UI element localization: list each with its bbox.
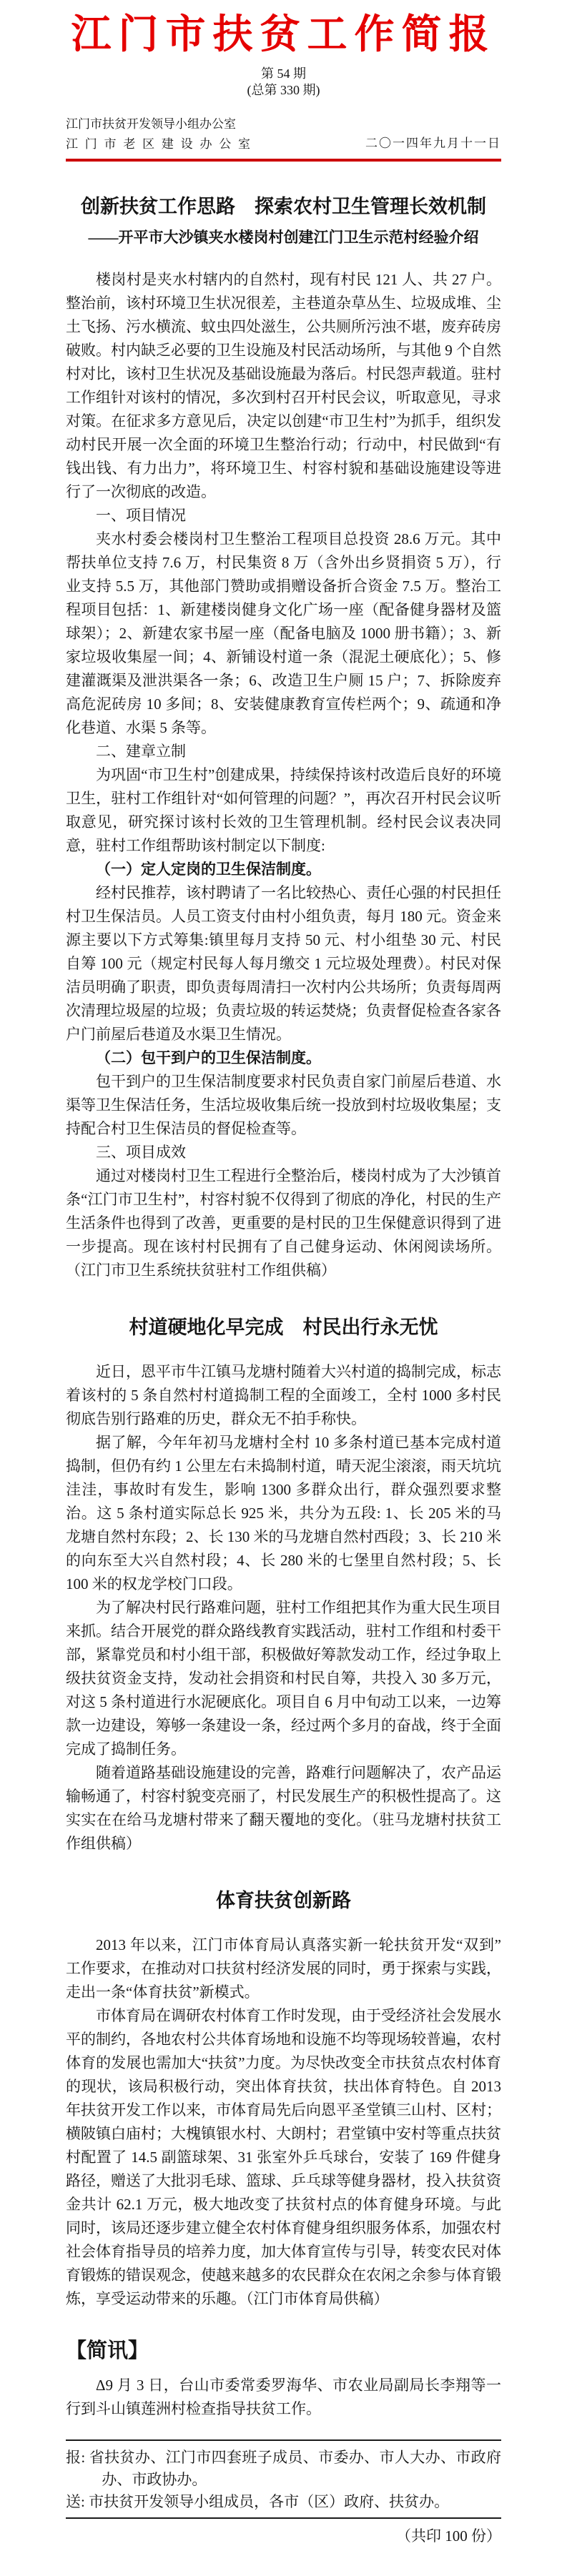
send-label: 送: [66, 2493, 85, 2510]
paragraph: 据了解，今年年初马龙塘村全村 10 多条村道已基本完成村道捣制，但仍有约 1 公… [66, 1431, 501, 1596]
article-body: 楼岗村是夹水村辖内的自然村，现有村民 121 人、共 27 户。整治前，该村环境… [66, 268, 501, 1282]
paragraph: 夹水村委会楼岗村卫生整治工程项目总投资 28.6 万元。其中帮扶单位支持 7.6… [66, 527, 501, 740]
issue-number: 第 54 期 [66, 66, 501, 82]
bulletin-page: 江门市扶贫工作简报 第 54 期 (总第 330 期) 江门市扶贫开发领导小组办… [0, 11, 567, 2546]
masthead: 江门市扶贫工作简报 第 54 期 (总第 330 期) 江门市扶贫开发领导小组办… [66, 11, 501, 162]
briefs-heading: 【简讯】 [66, 2337, 501, 2365]
paragraph: 包干到户的卫生保洁制度要求村民负责自家门前屋后巷道、水渠等卫生保洁任务，生活垃圾… [66, 1070, 501, 1141]
article-title: 创新扶贫工作思路 探索农村卫生管理长效机制 [66, 194, 501, 219]
articles-container: 创新扶贫工作思路 探索农村卫生管理长效机制——开平市大沙镇夹水楼岗村创建江门卫生… [66, 194, 501, 2311]
report-label: 报: [66, 2449, 85, 2466]
publisher-line-1: 江门市扶贫开发领导小组办公室 [66, 114, 250, 134]
briefs-section: 【简讯】 Δ9 月 3 日，台山市委常委罗海华、市农业局副局长李翔等一行到斗山镇… [66, 2337, 501, 2421]
article-3: 体育扶贫创新路2013 年以来，江门市体育局认真落实新一轮扶贫开发“双到”工作要… [66, 1888, 501, 2311]
paragraph: 经村民推荐，该村聘请了一名比较热心、责任心强的村民担任村卫生保洁员。人员工资支付… [66, 881, 501, 1046]
footer-rule-bottom [66, 2517, 501, 2519]
article-title: 体育扶贫创新路 [66, 1888, 501, 1913]
article-body: 2013 年以来，江门市体育局认真落实新一轮扶贫开发“双到”工作要求，在推动对口… [66, 1933, 501, 2311]
paragraph: 为巩固“市卫生村”创建成果，持续保持该村改造后良好的环境卫生，驻村工作组针对“如… [66, 763, 501, 858]
bulletin-title: 江门市扶贫工作简报 [66, 11, 501, 59]
issue-total-number: (总第 330 期) [66, 82, 501, 99]
publisher-line-2: 江门市老区建设办公室 [66, 134, 250, 154]
brief-item: Δ9 月 3 日，台山市委常委罗海华、市农业局副局长李翔等一行到斗山镇莲洲村检查… [66, 2374, 501, 2421]
send-line: 送: 市扶贫开发领导小组成员，各市（区）政府、扶贫办。 [66, 2491, 501, 2513]
masthead-rule [66, 159, 501, 162]
send-text: 市扶贫开发领导小组成员，各市（区）政府、扶贫办。 [89, 2493, 449, 2510]
sub-section-heading: （一）定人定岗的卫生保洁制度。 [66, 858, 501, 881]
report-line: 报: 省扶贫办、江门市四套班子成员、市委办、市人大办、市政府办、市政协办。 [66, 2447, 501, 2491]
section-heading: 一、项目情况 [66, 504, 501, 527]
distribution-footer: 报: 省扶贫办、江门市四套班子成员、市委办、市人大办、市政府办、市政协办。 送:… [66, 2439, 501, 2546]
briefs-list: Δ9 月 3 日，台山市委常委罗海华、市农业局副局长李翔等一行到斗山镇莲洲村检查… [66, 2374, 501, 2421]
article-subtitle: ——开平市大沙镇夹水楼岗村创建江门卫生示范村经验介绍 [66, 227, 501, 248]
section-heading: 二、建章立制 [66, 740, 501, 763]
section-heading: 三、项目成效 [66, 1141, 501, 1164]
paragraph: 2013 年以来，江门市体育局认真落实新一轮扶贫开发“双到”工作要求，在推动对口… [66, 1933, 501, 2004]
sub-section-heading: （二）包干到户的卫生保洁制度。 [66, 1046, 501, 1070]
report-text: 省扶贫办、江门市四套班子成员、市委办、市人大办、市政府办、市政协办。 [89, 2449, 501, 2488]
paragraph: 楼岗村是夹水村辖内的自然村，现有村民 121 人、共 27 户。整治前，该村环境… [66, 268, 501, 504]
article-title: 村道硬地化早完成 村民出行永无忧 [66, 1315, 501, 1340]
paragraph: 随着道路基础设施建设的完善，路难行问题解决了，农产品运输畅通了，村容村貌变亮丽了… [66, 1761, 501, 1856]
paragraph: 市体育局在调研农村体育工作时发现，由于受经济社会发展水平的制约，各地农村公共体育… [66, 2004, 501, 2311]
paragraph: 近日，恩平市牛江镇马龙塘村随着大兴村道的捣制完成，标志着该村的 5 条自然村村道… [66, 1360, 501, 1431]
paragraph: 为了解决村民行路难问题，驻村工作组把其作为重大民生项目来抓。结合开展党的群众路线… [66, 1596, 501, 1761]
print-copies: （共印 100 份） [66, 2526, 501, 2546]
publisher-block: 江门市扶贫开发领导小组办公室 江门市老区建设办公室 [66, 114, 250, 154]
publisher-row: 江门市扶贫开发领导小组办公室 江门市老区建设办公室 二〇一四年九月十一日 [66, 114, 501, 154]
article-body: 近日，恩平市牛江镇马龙塘村随着大兴村道的捣制完成，标志着该村的 5 条自然村村道… [66, 1360, 501, 1856]
issue-date: 二〇一四年九月十一日 [365, 134, 501, 154]
distribution-block: 报: 省扶贫办、江门市四套班子成员、市委办、市人大办、市政府办、市政协办。 送:… [66, 2441, 501, 2517]
article-2: 村道硬地化早完成 村民出行永无忧近日，恩平市牛江镇马龙塘村随着大兴村道的捣制完成… [66, 1315, 501, 1856]
article-1: 创新扶贫工作思路 探索农村卫生管理长效机制——开平市大沙镇夹水楼岗村创建江门卫生… [66, 194, 501, 1282]
paragraph: 通过对楼岗村卫生工程进行全整治后，楼岗村成为了大沙镇首条“江门市卫生村”，村容村… [66, 1164, 501, 1282]
